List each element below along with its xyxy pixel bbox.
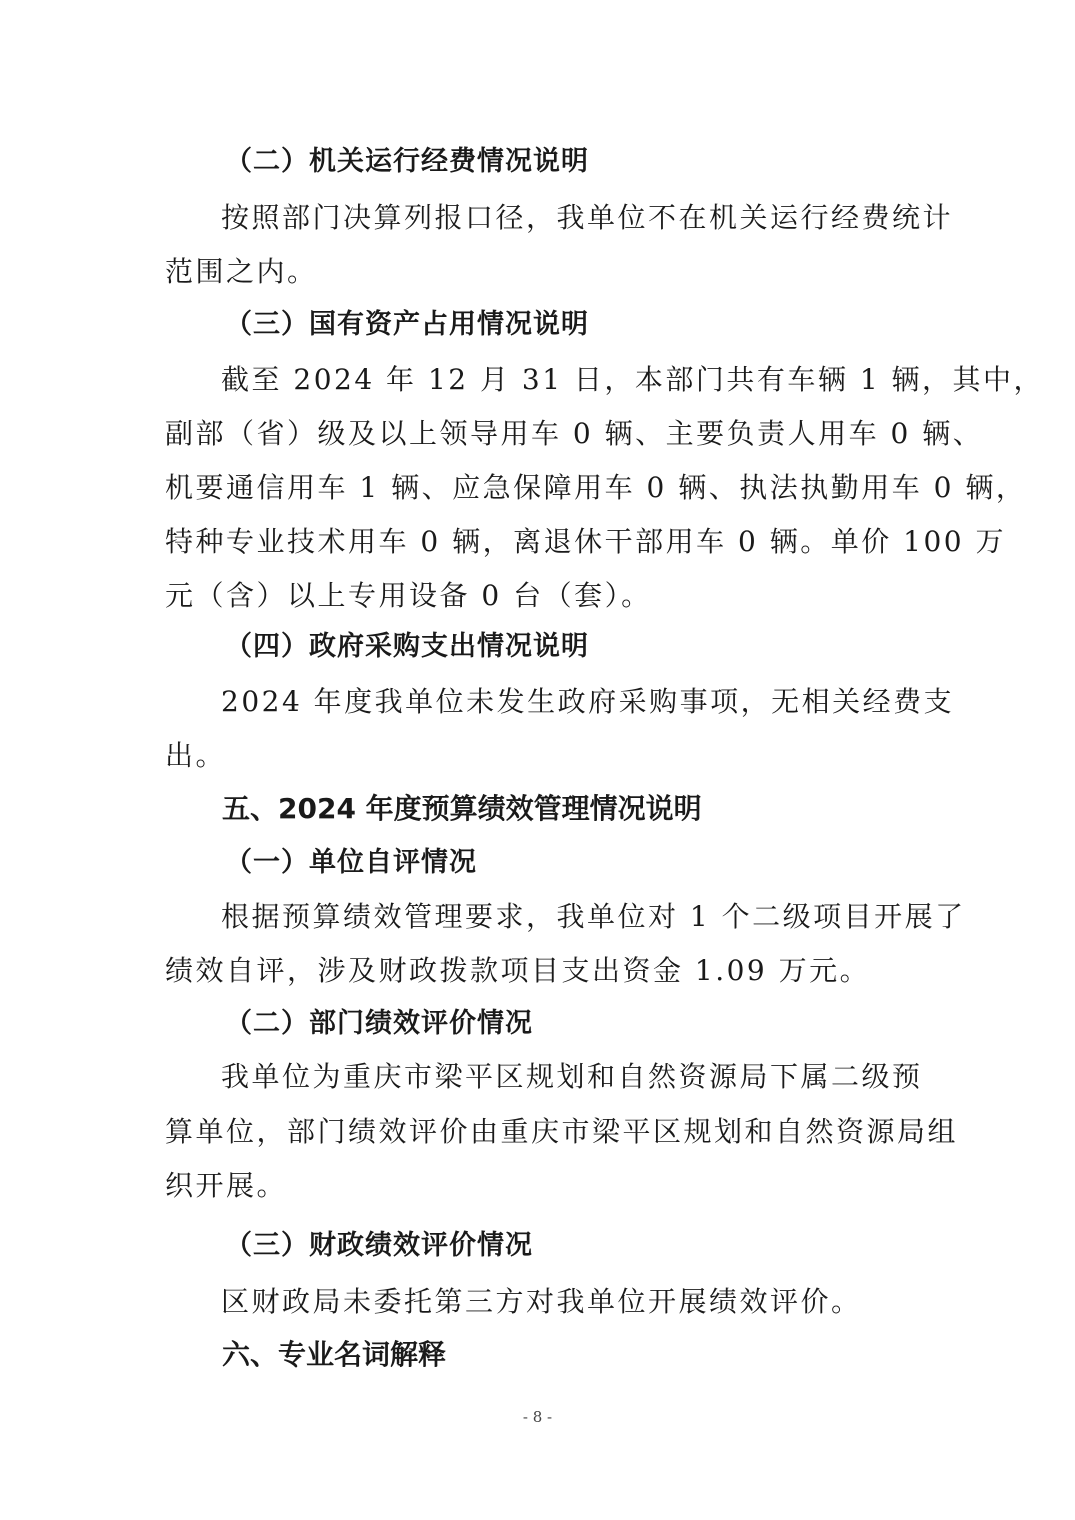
paragraph-line: 按照部门决算列报口径，我单位不在机关运行经费统计 — [221, 198, 953, 238]
paragraph-line: 副部（省）级及以上领导用车 0 辆、主要负责人用车 0 辆、 — [165, 414, 983, 454]
paragraph-line: 绩效自评，涉及财政拨款项目支出资金 1.09 万元。 — [165, 951, 870, 991]
paragraph-line: 算单位，部门绩效评价由重庆市梁平区规划和自然资源局组 — [165, 1112, 958, 1152]
paragraph-line: 区财政局未委托第三方对我单位开展绩效评价。 — [221, 1282, 862, 1322]
paragraph-line: 范围之内。 — [165, 252, 318, 292]
subheading-government-procurement: （四）政府采购支出情况说明 — [225, 627, 589, 667]
paragraph-line: 元（含）以上专用设备 0 台（套）。 — [165, 576, 652, 616]
subheading-state-assets: （三）国有资产占用情况说明 — [225, 305, 589, 345]
subheading-operating-expenses: （二）机关运行经费情况说明 — [225, 142, 589, 182]
subheading-department-evaluation: （二）部门绩效评价情况 — [225, 1004, 533, 1044]
page-number: - 8 - — [0, 1408, 1075, 1426]
heading-budget-performance: 五、2024 年度预算绩效管理情况说明 — [222, 789, 702, 829]
heading-terminology: 六、专业名词解释 — [222, 1335, 446, 1375]
paragraph-line: 截至 2024 年 12 月 31 日，本部门共有车辆 1 辆，其中， — [221, 360, 1044, 400]
subheading-fiscal-evaluation: （三）财政绩效评价情况 — [225, 1226, 533, 1266]
paragraph-line: 我单位为重庆市梁平区规划和自然资源局下属二级预 — [221, 1057, 923, 1097]
paragraph-line: 出。 — [165, 736, 226, 776]
paragraph-line: 机要通信用车 1 辆、应急保障用车 0 辆、执法执勤用车 0 辆， — [165, 468, 1026, 508]
paragraph-line: 特种专业技术用车 0 辆，离退休干部用车 0 辆。单价 100 万 — [165, 522, 1006, 562]
paragraph-line: 根据预算绩效管理要求，我单位对 1 个二级项目开展了 — [221, 897, 966, 937]
subheading-self-evaluation: （一）单位自评情况 — [225, 843, 477, 883]
paragraph-line: 2024 年度我单位未发生政府采购事项，无相关经费支 — [221, 682, 954, 722]
paragraph-line: 织开展。 — [165, 1166, 287, 1206]
